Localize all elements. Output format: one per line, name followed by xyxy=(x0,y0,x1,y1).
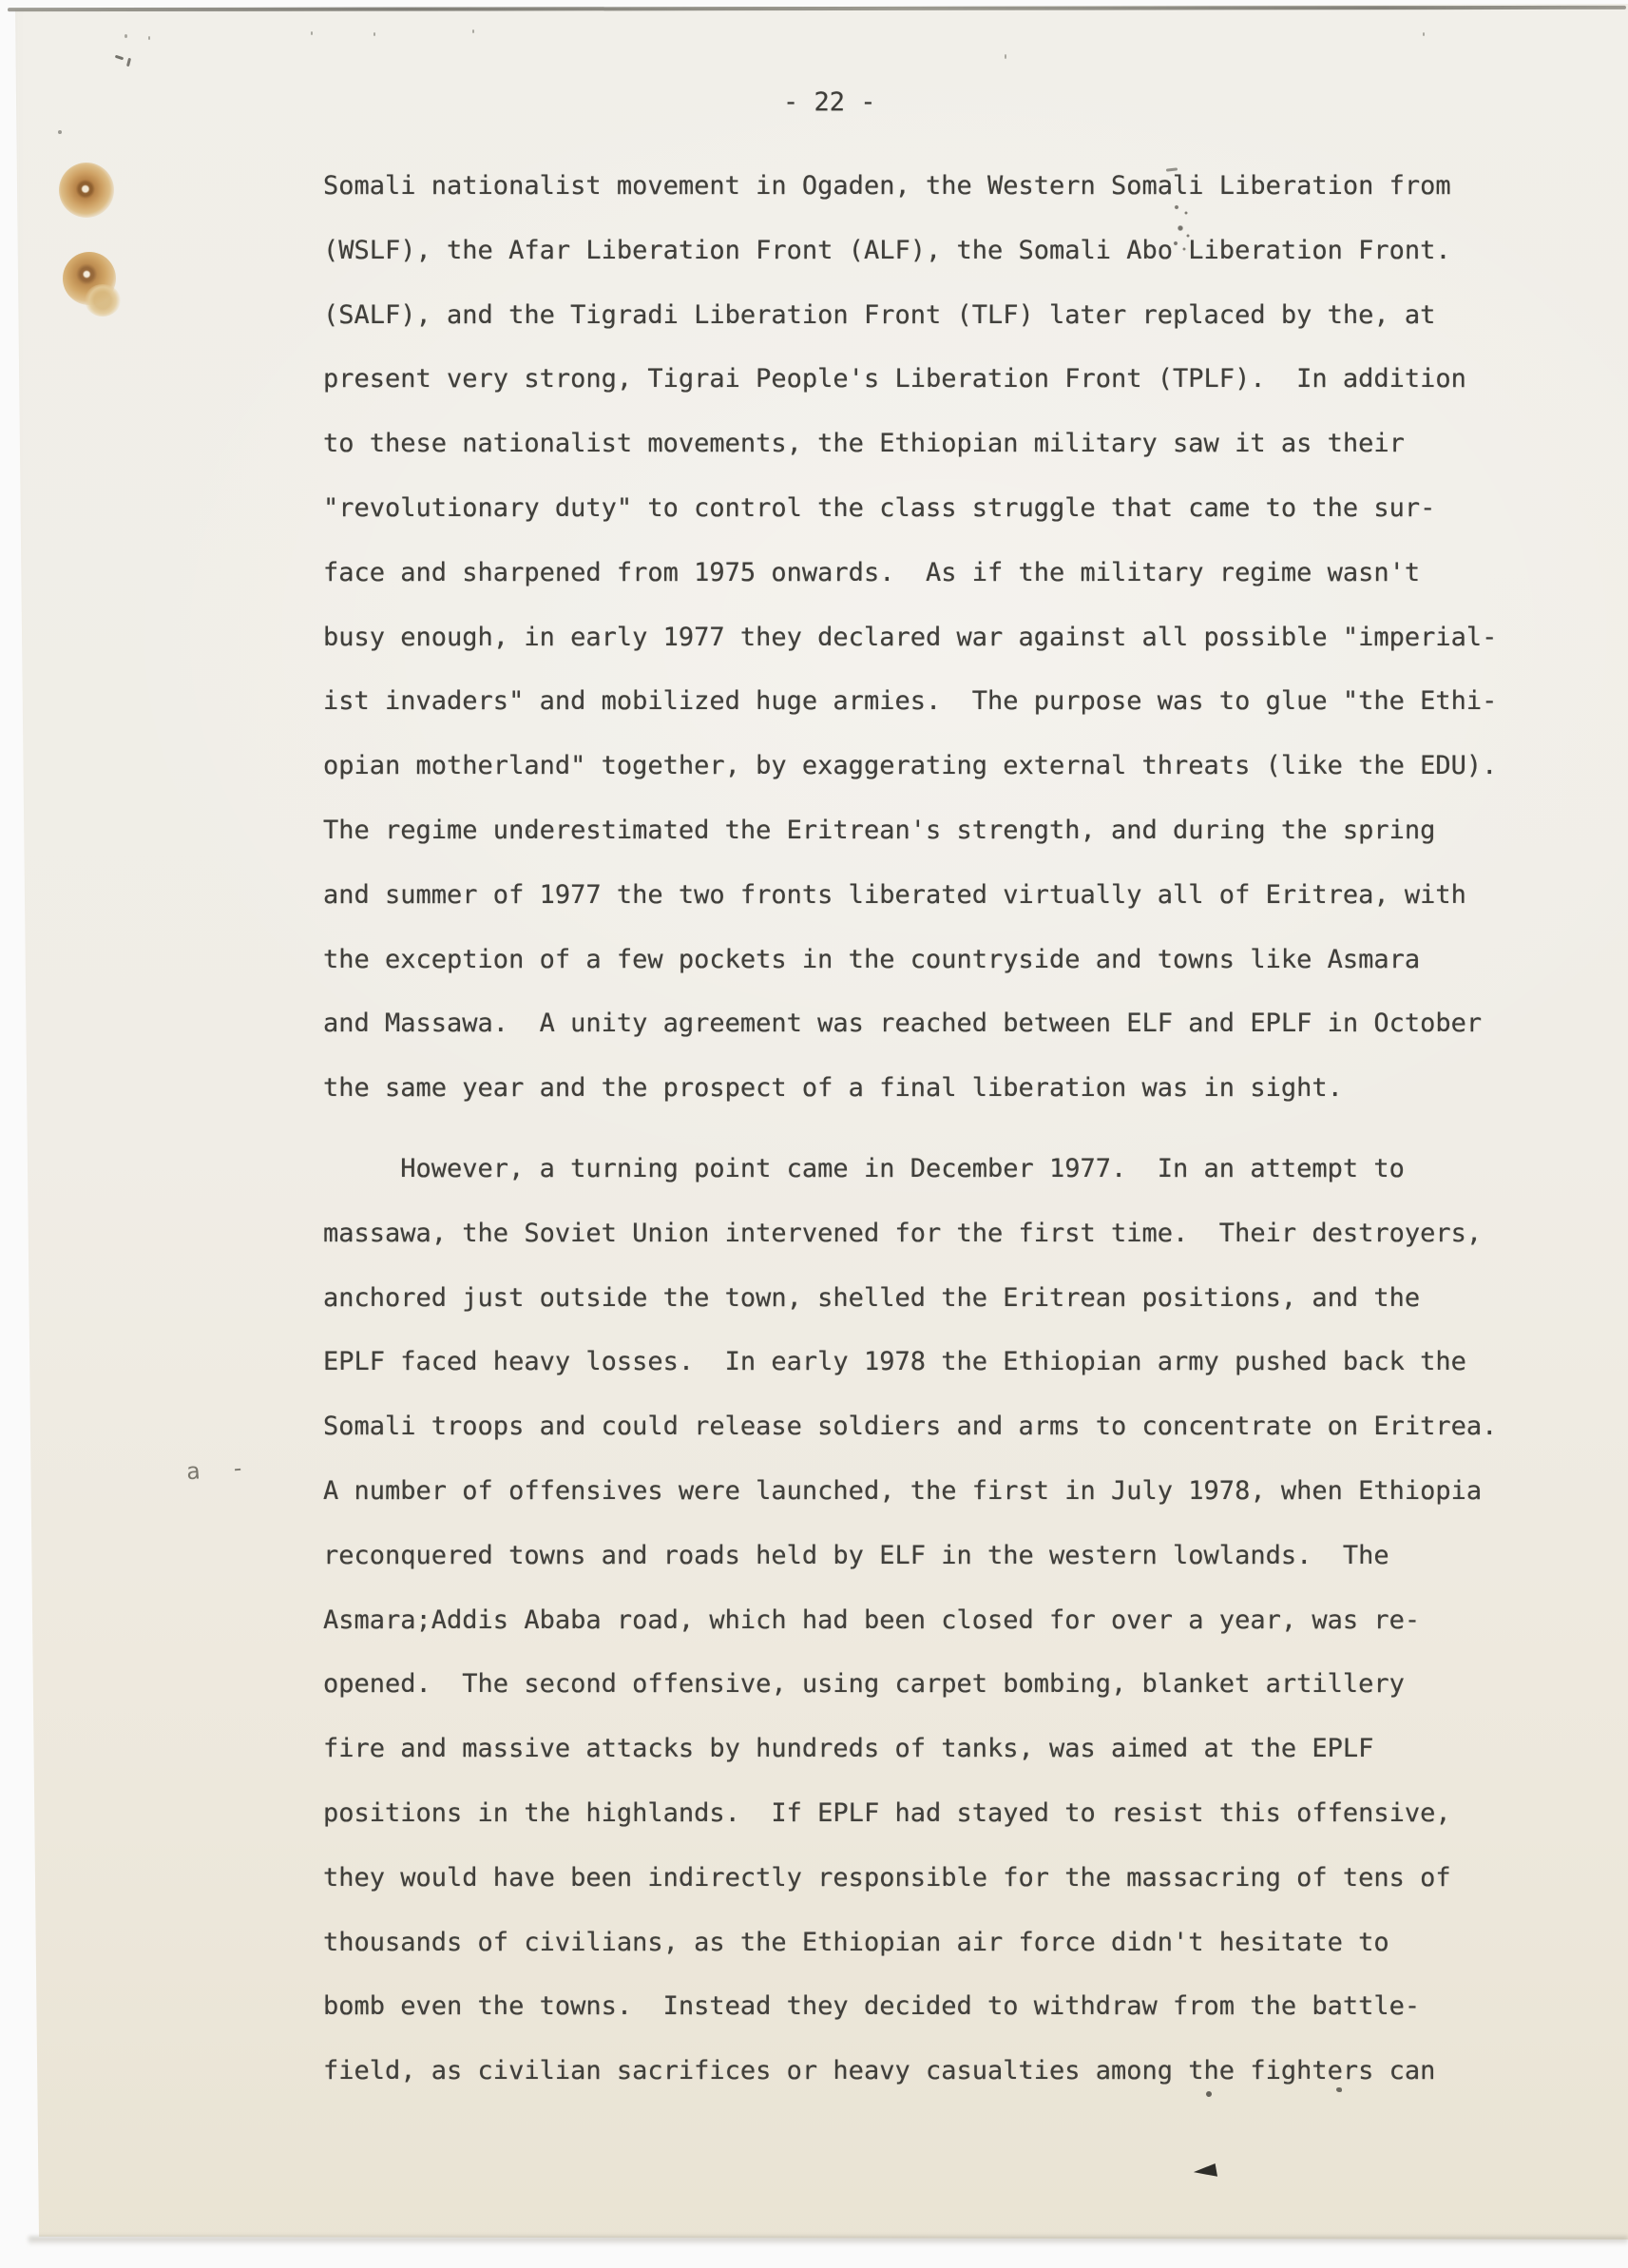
text-line: A number of offensives were launched, th… xyxy=(323,1459,1549,1524)
text-line: "revolutionary duty" to control the clas… xyxy=(323,476,1549,541)
text-line: busy enough, in early 1977 they declared… xyxy=(323,605,1549,670)
text-line: to these nationalist movements, the Ethi… xyxy=(323,412,1549,476)
text-line: thousands of civilians, as the Ethiopian… xyxy=(323,1911,1549,1975)
text-line: the exception of a few pockets in the co… xyxy=(323,928,1549,992)
text-line: (WSLF), the Afar Liberation Front (ALF),… xyxy=(323,219,1549,283)
text-line: face and sharpened from 1975 onwards. As… xyxy=(323,541,1549,605)
paper-speck xyxy=(373,32,375,36)
paper-speck xyxy=(1005,54,1006,59)
page-number: - 22 - xyxy=(783,87,876,117)
text-line: However, a turning point came in Decembe… xyxy=(323,1137,1549,1201)
text-line: the same year and the prospect of a fina… xyxy=(323,1056,1549,1121)
page-bottom-shadow xyxy=(29,2237,1628,2245)
text-line: positions in the highlands. If EPLF had … xyxy=(323,1781,1549,1846)
text-line: Asmara;Addis Ababa road, which had been … xyxy=(323,1588,1549,1653)
paragraph: Somali nationalist movement in Ogaden, t… xyxy=(323,154,1549,1121)
paper-speck xyxy=(148,36,150,40)
text-line: ist invaders" and mobilized huge armies.… xyxy=(323,669,1549,734)
text-line: reconquered towns and roads held by ELF … xyxy=(323,1524,1549,1588)
text-line: The regime underestimated the Eritrean's… xyxy=(323,798,1549,863)
paper-speck xyxy=(1423,32,1425,36)
text-line: and Massawa. A unity agreement was reach… xyxy=(323,991,1549,1056)
body-text: Somali nationalist movement in Ogaden, t… xyxy=(323,154,1549,2104)
text-line: fire and massive attacks by hundreds of … xyxy=(323,1717,1549,1781)
text-line: and summer of 1977 the two fronts libera… xyxy=(323,863,1549,928)
ink-dot xyxy=(1336,2087,1342,2092)
ink-dot xyxy=(1206,2091,1212,2097)
text-line: (SALF), and the Tigradi Liberation Front… xyxy=(323,283,1549,348)
text-line: they would have been indirectly responsi… xyxy=(323,1846,1549,1911)
text-line: field, as civilian sacrifices or heavy c… xyxy=(323,2039,1549,2104)
paper-speck xyxy=(311,31,313,35)
ink-dot xyxy=(528,830,531,833)
text-line: massawa, the Soviet Union intervened for… xyxy=(323,1201,1549,1266)
text-line: EPLF faced heavy losses. In early 1978 t… xyxy=(323,1330,1549,1394)
text-line: Somali troops and could release soldiers… xyxy=(323,1394,1549,1459)
text-line: anchored just outside the town, shelled … xyxy=(323,1266,1549,1331)
pencil-speck xyxy=(58,130,62,134)
paragraph: However, a turning point came in Decembe… xyxy=(323,1137,1549,2104)
paper-speck xyxy=(124,34,127,38)
paper-speck xyxy=(472,29,474,33)
text-line: bomb even the towns. Instead they decide… xyxy=(323,1974,1549,2039)
text-line: present very strong, Tigrai People's Lib… xyxy=(323,347,1549,412)
text-line: opened. The second offensive, using carp… xyxy=(323,1652,1549,1717)
text-line: opian motherland" together, by exaggerat… xyxy=(323,734,1549,798)
rust-stain-top xyxy=(59,163,114,218)
rust-stain-bottom-lobe xyxy=(85,284,121,317)
pencil-margin-mark: a - xyxy=(185,1454,254,1486)
text-line: Somali nationalist movement in Ogaden, t… xyxy=(323,154,1549,219)
